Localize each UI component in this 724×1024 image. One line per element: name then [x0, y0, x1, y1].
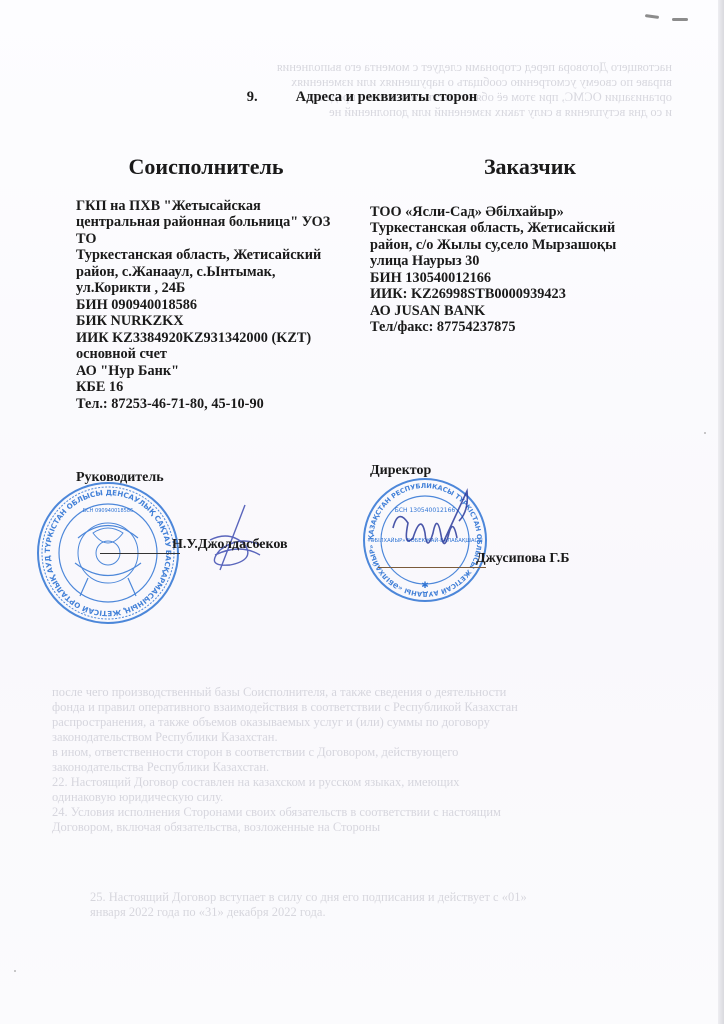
section-number: 9. [247, 89, 258, 106]
scan-speck [14, 970, 16, 972]
signature-line-customer [378, 567, 486, 568]
bleed-through-line: законодательством Республики Казахстан. [52, 730, 672, 745]
signatory-customer: Джусипова Г.Б [476, 551, 570, 567]
page-edge-shadow [718, 0, 724, 1024]
signature-line-contractor [100, 553, 180, 554]
contractor-detail-line: КБЕ 16 [76, 379, 366, 396]
contractor-detail-line: ТО [76, 231, 366, 248]
contractor-detail-line: ИИК KZ3384920KZ931342000 (KZT) [76, 330, 366, 347]
bleed-through-line: Договором, включая обязательства, возлож… [52, 820, 672, 835]
bleed-through-line: 22. Настоящий Договор составлен на казах… [52, 775, 672, 790]
bleed-through-text-middle: после чего производственный базы Соиспол… [52, 685, 672, 835]
customer-detail-line: БИН 130540012166 [370, 270, 670, 287]
contractor-detail-line: Туркестанская область, Жетисайский [76, 247, 366, 264]
customer-detail-line: Тел/факс: 87754237875 [370, 319, 670, 336]
customer-detail-line: Туркестанская область, Жетисайский [370, 220, 670, 237]
scan-mark [672, 18, 688, 21]
svg-text:✱: ✱ [421, 580, 429, 590]
contractor-detail-line: основной счет [76, 346, 366, 363]
bleed-through-line: вправе по своему усмотрению сообщать о н… [52, 75, 672, 90]
bleed-through-line: одинаковую юридическую силу. [52, 790, 672, 805]
customer-detail-line: район, с/о Жылы су,село Мырзашоқы [370, 237, 670, 254]
contractor-detail-line: район, с.Жанааул, с.Ынтымак, [76, 264, 366, 281]
bleed-through-line: после чего производственный базы Соиспол… [52, 685, 672, 700]
bleed-through-line: 25. Настоящий Договор вступает в силу со… [90, 890, 650, 905]
scan-mark [645, 14, 659, 19]
contractor-detail-line: Тел.: 87253-46-71-80, 45-10-90 [76, 396, 366, 413]
bleed-through-line: и со дня вступления в силу таких изменен… [52, 105, 672, 120]
bleed-through-line: законодательства Республики Казахстан. [52, 760, 672, 775]
customer-details: ТОО «Ясли-Сад» Әбілхайыр»Туркестанская о… [370, 204, 670, 336]
contractor-details: ГКП на ПХВ "Жетысайскаяцентральная район… [76, 198, 366, 413]
customer-detail-line: АО JUSAN BANK [370, 303, 670, 320]
contractor-detail-line: ГКП на ПХВ "Жетысайская [76, 198, 366, 215]
customer-detail-line: ТОО «Ясли-Сад» Әбілхайыр» [370, 204, 670, 221]
party-block-customer: Заказчик ТОО «Ясли-Сад» Әбілхайыр»Туркес… [370, 159, 670, 336]
contractor-detail-line: АО "Нур Банк" [76, 363, 366, 380]
signature-customer [385, 488, 485, 558]
bleed-through-line: распространения, а также объемов оказыва… [52, 715, 672, 730]
customer-detail-line: улица Наурыз 30 [370, 253, 670, 270]
bleed-through-line: 24. Условия исполнения Сторонами своих о… [52, 805, 672, 820]
contractor-detail-line: БИН 090940018586 [76, 297, 366, 314]
section-title: Адреса и реквизиты сторон [296, 89, 478, 105]
bleed-through-line: фонда и правил оперативного взаимодейств… [52, 700, 672, 715]
scanned-page: настоящего Договора перед сторонами след… [0, 0, 724, 1024]
party-heading-contractor: Соисполнитель [76, 159, 336, 176]
scan-speck [704, 432, 706, 434]
svg-text:БСН 090940018586: БСН 090940018586 [83, 508, 133, 514]
customer-detail-line: ИИК: KZ26998STB0000939423 [370, 286, 670, 303]
contractor-detail-line: ул.Корикти , 24Б [76, 280, 366, 297]
contractor-detail-line: центральная районная больница" УОЗ [76, 214, 366, 231]
section-heading: 9.Адреса и реквизиты сторон [0, 89, 724, 106]
bleed-through-line: в ином, ответственности сторон в соответ… [52, 745, 672, 760]
bleed-through-line: настоящего Договора перед сторонами след… [52, 60, 672, 75]
bleed-through-text-bottom: 25. Настоящий Договор вступает в силу со… [90, 890, 650, 920]
bleed-through-line: января 2022 года по «31» декабря 2022 го… [90, 905, 650, 920]
signatory-contractor: Н.У.Джолдасбеков [172, 537, 288, 553]
party-heading-customer: Заказчик [380, 159, 680, 176]
contractor-detail-line: БИК NURKZKX [76, 313, 366, 330]
party-block-contractor: Соисполнитель ГКП на ПХВ "Жетысайскаяцен… [76, 159, 366, 412]
